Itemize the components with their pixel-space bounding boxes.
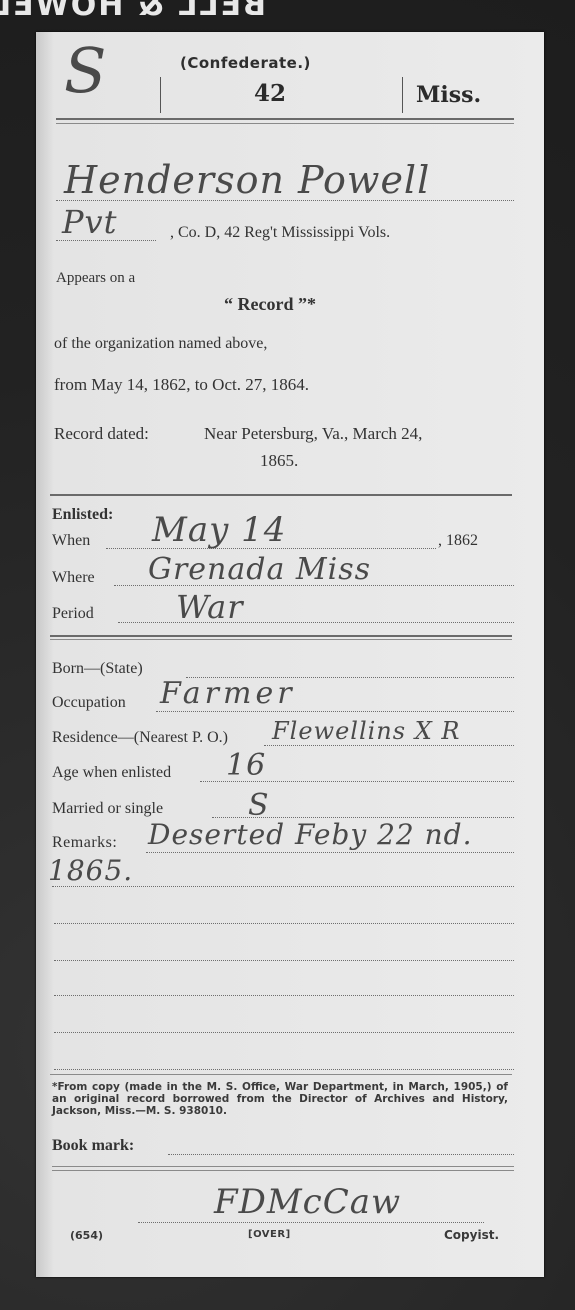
appears-on-label: Appears on a — [56, 270, 135, 287]
enlisted-heading: Enlisted: — [52, 506, 113, 524]
header-divider-left — [160, 77, 161, 113]
footnote-text: *From copy (made in the M. S. Office, Wa… — [52, 1081, 508, 1117]
header-category: (Confederate.) — [180, 54, 311, 72]
header-state: Miss. — [416, 82, 481, 108]
soldier-name: Henderson Powell — [64, 158, 430, 202]
age-label: Age when enlisted — [52, 764, 171, 782]
service-record-card: S (Confederate.) 42 Miss. Henderson Powe… — [36, 32, 544, 1277]
record-dated-place: Near Petersburg, Va., March 24, — [204, 424, 422, 444]
header-divider-right — [402, 77, 403, 113]
name-line — [56, 200, 514, 201]
where-value: Grenada Miss — [148, 552, 371, 588]
footer-rule-2 — [52, 1170, 514, 1171]
header-rule — [56, 118, 514, 120]
blank-line-4 — [54, 1032, 514, 1033]
remarks-line-2 — [52, 886, 514, 887]
header-regiment-number: 42 — [254, 80, 286, 107]
bookmark-label: Book mark: — [52, 1137, 134, 1155]
period-value: War — [176, 588, 243, 626]
when-year: , 1862 — [438, 532, 478, 550]
remarks-label: Remarks: — [52, 834, 117, 852]
record-period: from May 14, 1862, to Oct. 27, 1864. — [54, 375, 309, 395]
born-label: Born—(State) — [52, 660, 143, 678]
residence-label: Residence—(Nearest P. O.) — [52, 729, 228, 747]
where-label: Where — [52, 569, 95, 587]
footnote-top-rule — [50, 1074, 512, 1075]
blank-line-2 — [54, 960, 514, 961]
enlisted-top-rule — [50, 494, 512, 496]
period-label: Period — [52, 605, 94, 623]
signature-line — [138, 1222, 484, 1223]
rank-line — [56, 240, 156, 241]
remarks-value-1: Deserted Feby 22 nd. — [148, 818, 473, 852]
occupation-value: Farmer — [160, 676, 296, 712]
over-label: [OVER] — [248, 1229, 291, 1241]
age-value: 16 — [226, 748, 266, 784]
soldier-rank: Pvt — [62, 204, 117, 240]
married-label: Married or single — [52, 800, 163, 818]
bookmark-line — [168, 1154, 514, 1155]
organization-text: of the organization named above, — [54, 335, 267, 353]
form-number: (654) — [70, 1230, 103, 1242]
when-value: May 14 — [152, 510, 286, 550]
remarks-line-1 — [146, 852, 514, 853]
footer-rule — [52, 1166, 514, 1167]
microfilm-banner-mirrored: BELL & HOWELL — [0, 0, 266, 23]
blank-line-1 — [54, 923, 514, 924]
header-initial: S — [64, 36, 107, 106]
copyist-signature: FDMcCaw — [214, 1182, 401, 1222]
remarks-value-2: 1865. — [48, 854, 133, 888]
residence-value: Flewellins X R — [272, 716, 461, 746]
record-type: “ Record ”* — [224, 294, 316, 315]
copyist-label: Copyist. — [444, 1229, 499, 1241]
enlisted-bottom-rule — [50, 635, 512, 637]
when-label: When — [52, 532, 90, 550]
blank-line-5 — [54, 1069, 514, 1070]
record-dated-year: 1865. — [260, 451, 298, 471]
enlisted-bottom-rule-2 — [50, 639, 512, 640]
occupation-label: Occupation — [52, 694, 126, 712]
header-rule-2 — [56, 123, 514, 124]
record-dated-label: Record dated: — [54, 424, 149, 444]
blank-line-3 — [54, 995, 514, 996]
soldier-unit: , Co. D, 42 Reg't Mississippi Vols. — [170, 224, 390, 242]
